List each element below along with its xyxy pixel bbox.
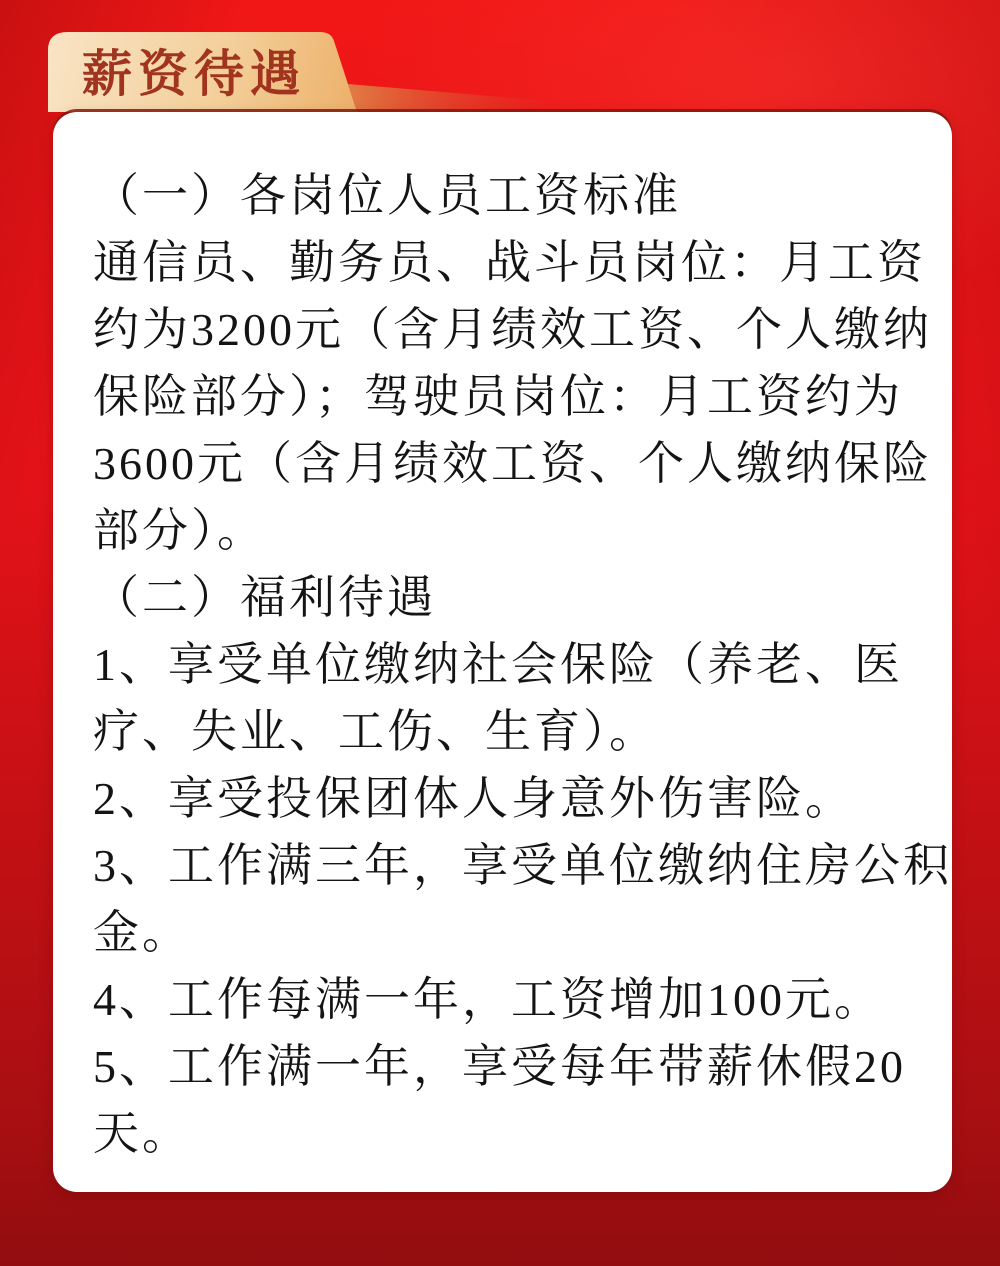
text-line: 3600元（含月绩效工资、个人缴纳保险 [93, 430, 920, 497]
content-text: （一）各岗位人员工资标准 通信员、勤务员、战斗员岗位：月工资 约为3200元（含… [93, 162, 920, 1167]
text-line: 4、工作每满一年，工资增加100元。 [93, 966, 920, 1033]
text-line: 1、享受单位缴纳社会保险（养老、医 [93, 631, 920, 698]
text-line: 3、工作满三年，享受单位缴纳住房公积 [93, 832, 920, 899]
text-line: 疗、失业、工伤、生育）。 [93, 698, 920, 765]
ribbon-tail [348, 84, 560, 112]
text-line-heading-1: （一）各岗位人员工资标准 [93, 162, 920, 229]
text-line: 保险部分）；驾驶员岗位：月工资约为 [93, 363, 920, 430]
text-line: 金。 [93, 899, 920, 966]
text-line: 通信员、勤务员、战斗员岗位：月工资 [93, 229, 920, 296]
text-line: 天。 [93, 1100, 920, 1167]
section-title: 薪资待遇 [50, 44, 338, 104]
text-line-heading-2: （二）福利待遇 [93, 564, 920, 631]
text-line: 约为3200元（含月绩效工资、个人缴纳 [93, 296, 920, 363]
text-line: 部分）。 [93, 497, 920, 564]
text-line: 2、享受投保团体人身意外伤害险。 [93, 765, 920, 832]
content-card: （一）各岗位人员工资标准 通信员、勤务员、战斗员岗位：月工资 约为3200元（含… [53, 112, 952, 1192]
text-line: 5、工作满一年，享受每年带薪休假20 [93, 1033, 920, 1100]
